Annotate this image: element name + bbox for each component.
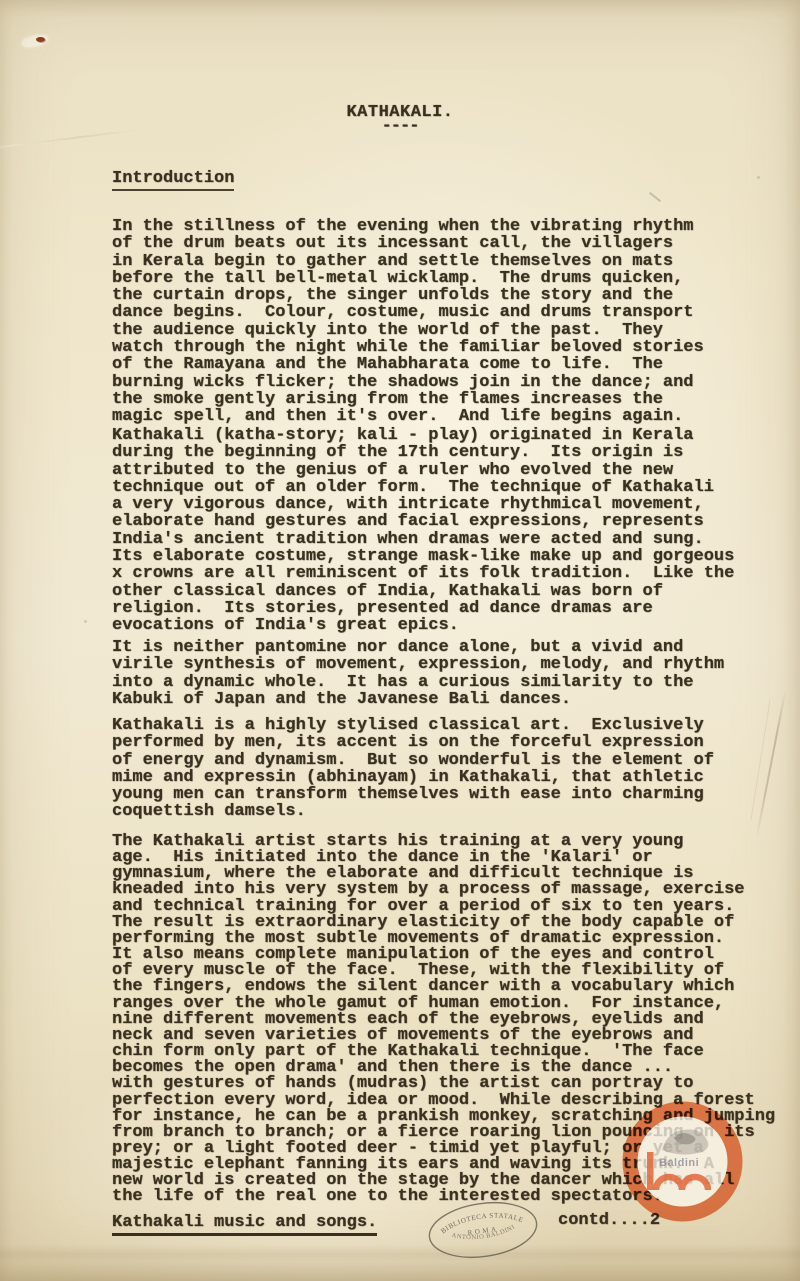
paper-speck [84,620,87,623]
next-section-heading-text: Kathakali music and songs. [112,1213,377,1236]
paragraph-4: Kathakali is a highly stylised classical… [112,717,714,821]
oval-stamp-bottom-text: ANTONIO BALDINI [450,1223,517,1245]
oval-stamp-middle-text: ROMA [467,1225,499,1237]
paper-speck [757,176,760,179]
pencil-tick-mark [649,192,661,202]
scanned-document-page: KATHAKALI. ---- Introduction In the stil… [0,0,800,1281]
section-heading: Introduction [112,169,234,188]
paper-blemish-top-left [14,28,70,54]
paragraph-5: The Kathakali artist starts his training… [112,834,775,1206]
paragraph-3: It is neither pantomine nor dance alone,… [112,639,724,708]
svg-text:ANTONIO BALDINI: ANTONIO BALDINI [450,1223,517,1245]
paragraph-2: Kathakali (katha-story; kali - play) ori… [112,427,734,635]
paper-crease-right-faint [751,701,771,820]
svg-text:BIBLIOTECA STATALE: BIBLIOTECA STATALE [438,1207,526,1236]
paper-stain-spot [36,37,45,42]
paper-crease-right [756,689,787,839]
oval-stamp-top-text: BIBLIOTECA STATALE [438,1207,526,1236]
bottom-edge-shadow [0,1251,800,1281]
continuation-marker: contd....2 [558,1211,660,1230]
paragraph-1: In the stillness of the evening when the… [112,218,704,426]
section-heading-text: Introduction [112,169,234,191]
paper-scratch [21,33,49,49]
next-section-heading: Kathakali music and songs. [112,1213,377,1232]
title-underline-dashes: ---- [0,117,800,136]
